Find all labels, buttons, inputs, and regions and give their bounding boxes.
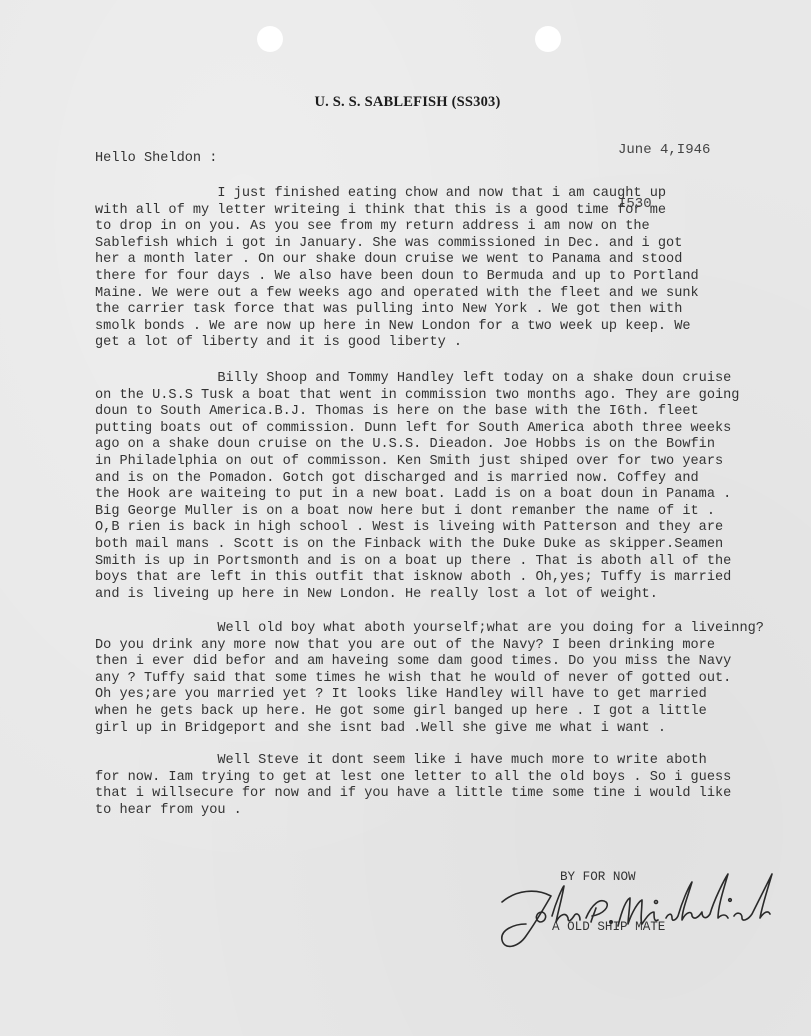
letter-line: Well Steve it dont seem like i have much… (95, 753, 731, 770)
letter-line: Oh yes;are you married yet ? It looks li… (95, 687, 764, 704)
letter-line: in Philadelphia on out of commisson. Ken… (95, 454, 739, 471)
letter-line: that i willsecure for now and if you hav… (95, 786, 731, 803)
letter-line: to hear from you . (95, 803, 731, 820)
letter-line: when he gets back up here. He got some g… (95, 704, 764, 721)
letter-line: her a month later . On our shake doun cr… (95, 252, 699, 269)
letter-line: to drop in on you. As you see from my re… (95, 219, 699, 236)
letter-line: and is liveing up here in New London. He… (95, 587, 739, 604)
letter-page: U. S. S. SABLEFISH (SS303) June 4,I946 I… (0, 0, 811, 1036)
letter-line: then i ever did befor and am haveing som… (95, 654, 764, 671)
letter-line: Sablefish which i got in January. She wa… (95, 236, 699, 253)
letter-line: with all of my letter writeing i think t… (95, 203, 699, 220)
letter-line: I just finished eating chow and now that… (95, 186, 699, 203)
letter-date: June 4,I946 (618, 141, 710, 159)
letter-line: any ? Tuffy said that some times he wish… (95, 671, 764, 688)
letter-line: Do you drink any more now that you are o… (95, 638, 764, 655)
letter-line: there for four days . We also have been … (95, 269, 699, 286)
letter-line: boys that are left in this outfit that i… (95, 570, 739, 587)
paragraph-1: I just finished eating chow and now that… (95, 186, 699, 352)
letter-line: Big George Muller is on a boat now here … (95, 504, 739, 521)
letter-line: the carrier task force that was pulling … (95, 302, 699, 319)
salutation: Hello Sheldon : (95, 151, 217, 168)
punch-hole-left (257, 26, 283, 52)
letter-line: Maine. We were out a few weeks ago and o… (95, 286, 699, 303)
letter-line: doun to South America.B.J. Thomas is her… (95, 404, 739, 421)
letter-line: putting boats out of commission. Dunn le… (95, 421, 739, 438)
paragraph-3: Well old boy what aboth yourself;what ar… (95, 621, 764, 737)
letter-line: and is on the Pomadon. Gotch got dischar… (95, 471, 739, 488)
letter-line: O,B rien is back in high school . West i… (95, 520, 739, 537)
letter-line: get a lot of liberty and it is good libe… (95, 335, 699, 352)
paragraph-4: Well Steve it dont seem like i have much… (95, 753, 731, 819)
letter-line: both mail mans . Scott is on the Finback… (95, 537, 739, 554)
letterhead-text: U. S. S. SABLEFISH (SS303) (314, 94, 500, 111)
letter-line: Billy Shoop and Tommy Handley left today… (95, 371, 739, 388)
letter-line: the Hook are waiteing to put in a new bo… (95, 487, 739, 504)
letter-line: for now. Iam trying to get at lest one l… (95, 770, 731, 787)
letter-line: ago on a shake doun cruise on the U.S.S.… (95, 437, 739, 454)
letter-line: Smith is up in Portsmonth and is on a bo… (95, 554, 739, 571)
letter-line: Well old boy what aboth yourself;what ar… (95, 621, 764, 638)
letter-line: girl up in Bridgeport and she isnt bad .… (95, 721, 764, 738)
punch-hole-right (535, 26, 561, 52)
letter-line: on the U.S.S Tusk a boat that went in co… (95, 388, 739, 405)
paragraph-2: Billy Shoop and Tommy Handley left today… (95, 371, 739, 603)
handwritten-signature (496, 862, 786, 952)
letter-line: smolk bonds . We are now up here in New … (95, 319, 699, 336)
signature-icon (496, 862, 786, 952)
